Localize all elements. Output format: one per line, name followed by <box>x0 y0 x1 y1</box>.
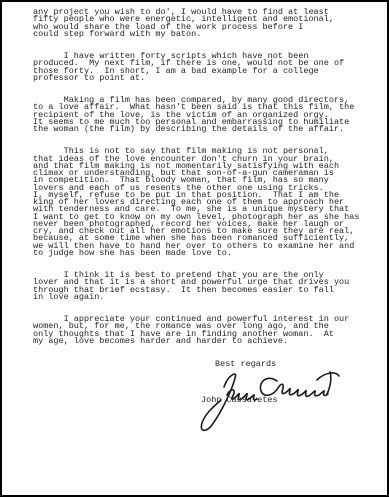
closing-block: Best regards John Cassavetes <box>33 360 365 470</box>
letter-paragraph: any project you wish to do', I would hav… <box>33 9 365 38</box>
letter-body: any project you wish to do', I would hav… <box>33 9 365 470</box>
typed-signature-name: John Cassavetes <box>201 396 278 404</box>
letter-paragraph: Making a film has been compared, by many… <box>33 97 365 133</box>
letter-paragraph: I appreciate your continued and powerful… <box>33 316 365 345</box>
letter-scan-page: any project you wish to do', I would hav… <box>0 0 389 497</box>
letter-paragraph: I have written forty scripts which have … <box>33 53 365 82</box>
letter-paragraph: I think it is best to pretend that you a… <box>33 272 365 301</box>
letter-paragraph: This is not to say that film making is n… <box>33 148 365 257</box>
